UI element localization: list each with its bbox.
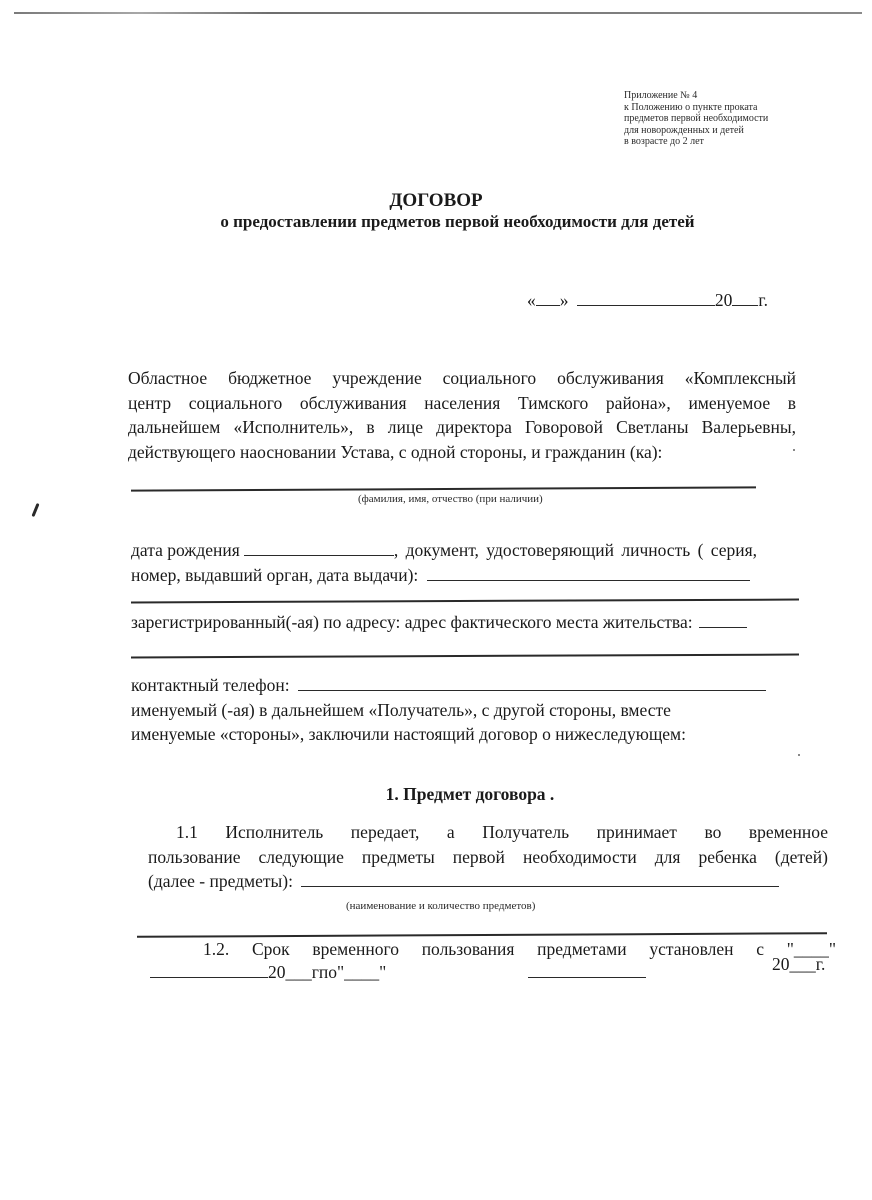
clause-1-1: 1.1 Исполнитель передает, а Получатель п… (148, 820, 828, 894)
doc-blank[interactable] (427, 565, 750, 581)
address-block: зарегистрированный(-ая) по адресу: адрес… (131, 610, 831, 635)
address-blank[interactable] (699, 612, 747, 628)
open-quote: « (527, 290, 536, 310)
document-subtitle: о предоставлении предметов первой необхо… (0, 211, 872, 233)
start-month-blank[interactable] (150, 962, 268, 978)
recipient-line: именуемый (-ая) в дальнейшем «Получатель… (131, 698, 831, 723)
clause-1-2-line-2: 20___гпо"____" (150, 960, 840, 985)
items-caption: (наименование и количество предметов) (346, 900, 535, 912)
document-title: ДОГОВОР (0, 190, 872, 212)
doc-label-2: номер, выдавший орган, дата выдачи): (131, 565, 418, 585)
year-prefix: 20 (715, 290, 733, 310)
day-blank[interactable] (536, 290, 560, 306)
recipient-line: именуемые «стороны», заключили настоящий… (131, 722, 831, 747)
address-continuation-line[interactable] (131, 654, 799, 658)
start-year-text: 20___гпо"____" (268, 962, 386, 982)
contract-date-line: «» 20г. (527, 290, 768, 311)
clause-1-1-line: пользование следующие предметы первой не… (148, 845, 828, 870)
year-blank[interactable] (732, 290, 758, 306)
margin-pen-mark (31, 503, 39, 517)
birth-doc-block: дата рождения, документ, удостоверяющий … (131, 538, 799, 587)
clause-1-1-line-3: (далее - предметы): (148, 869, 828, 894)
year-suffix: г. (758, 290, 768, 310)
month-blank[interactable] (577, 290, 715, 306)
phone-line: контактный телефон: (131, 673, 831, 698)
address-line: зарегистрированный(-ая) по адресу: адрес… (131, 610, 831, 635)
appendix-line: к Положению о пункте проката (624, 102, 768, 114)
end-year-text: 20___г. (772, 952, 825, 977)
page-top-edge (14, 12, 862, 14)
birth-doc-line: дата рождения, документ, удостоверяющий … (131, 538, 799, 563)
scan-speck (798, 754, 800, 756)
doc-continuation-line[interactable] (131, 599, 799, 603)
appendix-line: предметов первой необходимости (624, 113, 768, 125)
phone-recipient-block: контактный телефон: именуемый (-ая) в да… (131, 673, 831, 747)
intro-line: дальнейшем «Исполнитель», в лице директо… (128, 415, 796, 440)
intro-paragraph: Областное бюджетное учреждение социально… (128, 366, 796, 464)
items-blank[interactable] (301, 871, 779, 887)
clause-1-2-line-2-content: 20___гпо"____" (150, 960, 840, 985)
intro-line: Областное бюджетное учреждение социально… (128, 366, 796, 391)
appendix-line: для новорожденных и детей (624, 125, 768, 137)
address-label: зарегистрированный(-ая) по адресу: адрес… (131, 612, 693, 632)
phone-label: контактный телефон: (131, 675, 290, 695)
fio-caption: (фамилия, имя, отчество (при наличии) (358, 493, 543, 505)
appendix-line: в возрасте до 2 лет (624, 136, 768, 148)
intro-line: центр социального обслуживания населения… (128, 391, 796, 416)
appendix-note: Приложение № 4 к Положению о пункте прок… (624, 90, 768, 148)
appendix-line: Приложение № 4 (624, 90, 768, 102)
phone-blank[interactable] (298, 675, 766, 691)
section-title: 1. Предмет договора . (0, 784, 872, 805)
clause-1-2: 1.2. Срок временного пользования предмет… (148, 937, 836, 962)
clause-1-1-line: 1.1 Исполнитель передает, а Получатель п… (148, 820, 828, 845)
birth-label: дата рождения (131, 540, 240, 560)
clause-1-2-line: 1.2. Срок временного пользования предмет… (148, 937, 836, 962)
items-label: (далее - предметы): (148, 871, 293, 891)
intro-line: действующего наосновании Устава, с одной… (128, 440, 796, 465)
birth-date-blank[interactable] (244, 540, 394, 556)
doc-line-2: номер, выдавший орган, дата выдачи): (131, 563, 799, 588)
fio-input-line[interactable] (131, 486, 756, 491)
close-quote: » (560, 290, 569, 310)
end-month-blank[interactable] (528, 962, 646, 978)
doc-label: , документ, удостоверяющий личность ( се… (394, 540, 757, 560)
